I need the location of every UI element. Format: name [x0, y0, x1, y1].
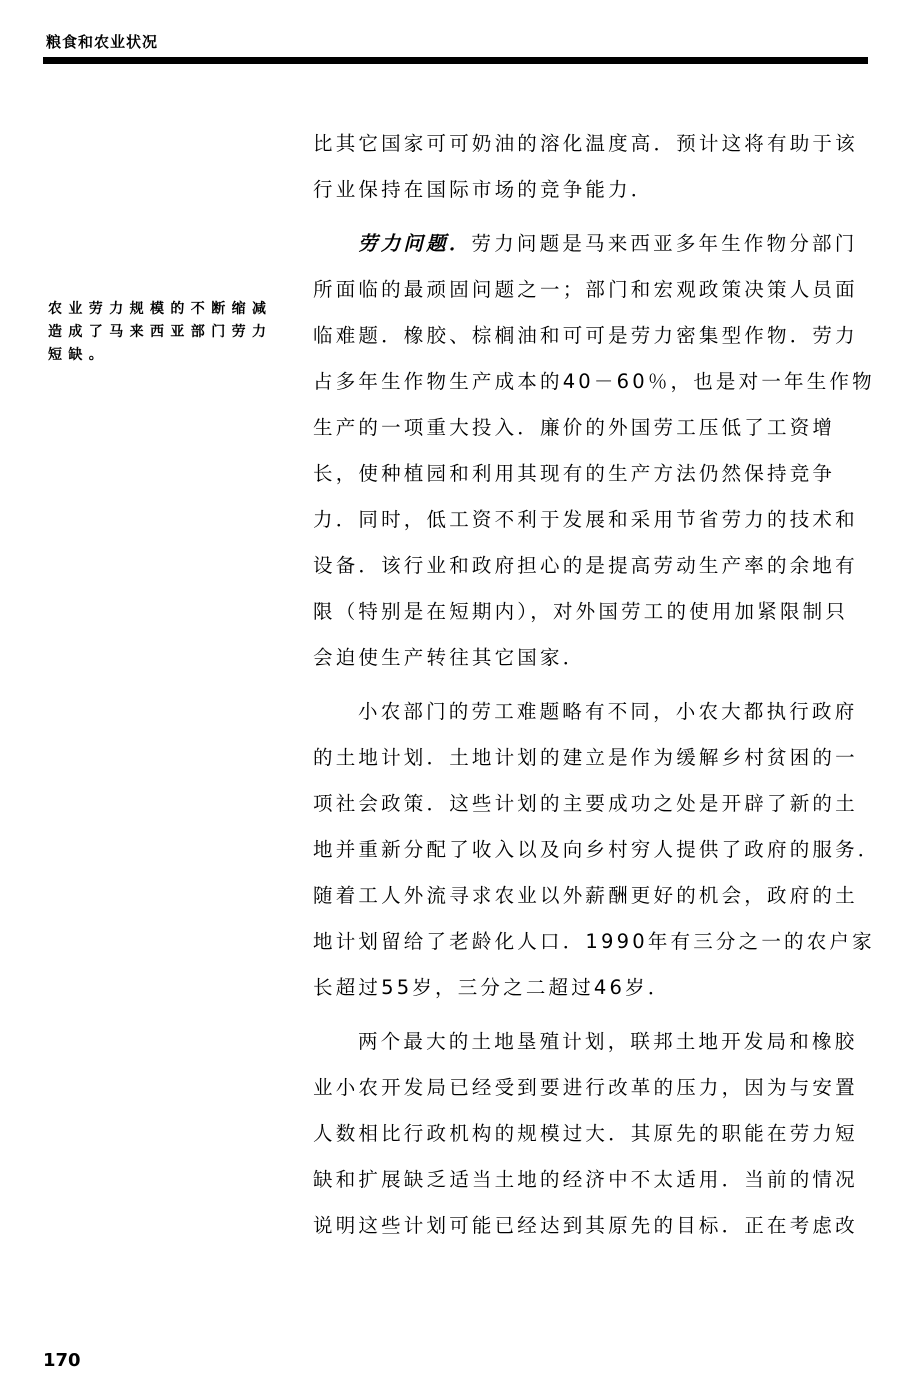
margin-note: 农业劳力规模的不断缩减造成了马来西亚部门劳力短缺。	[48, 298, 280, 367]
text-line: 长，使种植园和利用其现有的生产方法仍然保持竞争	[313, 451, 858, 497]
text-line: 两个最大的土地垦殖计划，联邦土地开发局和橡胶	[313, 1019, 858, 1065]
section-heading-labor: 劳力问题．	[358, 232, 472, 255]
text-line: 业小农开发局已经受到要进行改革的压力，因为与安置	[313, 1065, 858, 1111]
page-number: 170	[43, 1350, 81, 1371]
text-line: 劳力问题．劳力问题是马来西亚多年生作物分部门	[313, 221, 858, 267]
text-line: 地计划留给了老龄化人口．1990年有三分之一的农户家	[313, 919, 858, 965]
text-line: 人数相比行政机构的规模过大．其原先的职能在劳力短	[313, 1111, 858, 1157]
text-line: 长超过55岁，三分之二超过46岁．	[313, 965, 858, 1011]
text-line: 会迫使生产转往其它国家．	[313, 635, 858, 681]
paragraph-1: 比其它国家可可奶油的溶化温度高．预计这将有助于该 行业保持在国际市场的竞争能力．	[313, 121, 858, 213]
text-line: 说明这些计划可能已经达到其原先的目标．正在考虑改	[313, 1203, 858, 1249]
body-text: 比其它国家可可奶油的溶化温度高．预计这将有助于该 行业保持在国际市场的竞争能力．…	[313, 121, 858, 1249]
text-line: 所面临的最顽固问题之一；部门和宏观政策决策人员面	[313, 267, 858, 313]
text-line: 的土地计划．土地计划的建立是作为缓解乡村贫困的一	[313, 735, 858, 781]
text-line: 限（特别是在短期内），对外国劳工的使用加紧限制只	[313, 589, 858, 635]
text-line: 行业保持在国际市场的竞争能力．	[313, 167, 858, 213]
text-line: 项社会政策．这些计划的主要成功之处是开辟了新的土	[313, 781, 858, 827]
text-line: 力．同时，低工资不利于发展和采用节省劳力的技术和	[313, 497, 858, 543]
text-line: 缺和扩展缺乏适当土地的经济中不太适用．当前的情况	[313, 1157, 858, 1203]
header-rule	[43, 57, 868, 64]
text-line: 临难题．橡胶、棕榈油和可可是劳力密集型作物．劳力	[313, 313, 858, 359]
text-span: 劳力问题是马来西亚多年生作物分部门	[472, 232, 858, 255]
text-line: 小农部门的劳工难题略有不同，小农大都执行政府	[313, 689, 858, 735]
paragraph-4: 两个最大的土地垦殖计划，联邦土地开发局和橡胶 业小农开发局已经受到要进行改革的压…	[313, 1019, 858, 1249]
text-line: 设备．该行业和政府担心的是提高劳动生产率的余地有	[313, 543, 858, 589]
text-line: 占多年生作物生产成本的40－60％，也是对一年生作物	[313, 359, 858, 405]
text-line: 随着工人外流寻求农业以外薪酬更好的机会，政府的土	[313, 873, 858, 919]
text-line: 比其它国家可可奶油的溶化温度高．预计这将有助于该	[313, 121, 858, 167]
text-line: 生产的一项重大投入．廉价的外国劳工压低了工资增	[313, 405, 858, 451]
running-head-title: 粮食和农业状况	[46, 31, 158, 52]
text-line: 地并重新分配了收入以及向乡村穷人提供了政府的服务．	[313, 827, 858, 873]
paragraph-3: 小农部门的劳工难题略有不同，小农大都执行政府 的土地计划．土地计划的建立是作为缓…	[313, 689, 858, 1011]
paragraph-2: 劳力问题．劳力问题是马来西亚多年生作物分部门 所面临的最顽固问题之一；部门和宏观…	[313, 221, 858, 681]
